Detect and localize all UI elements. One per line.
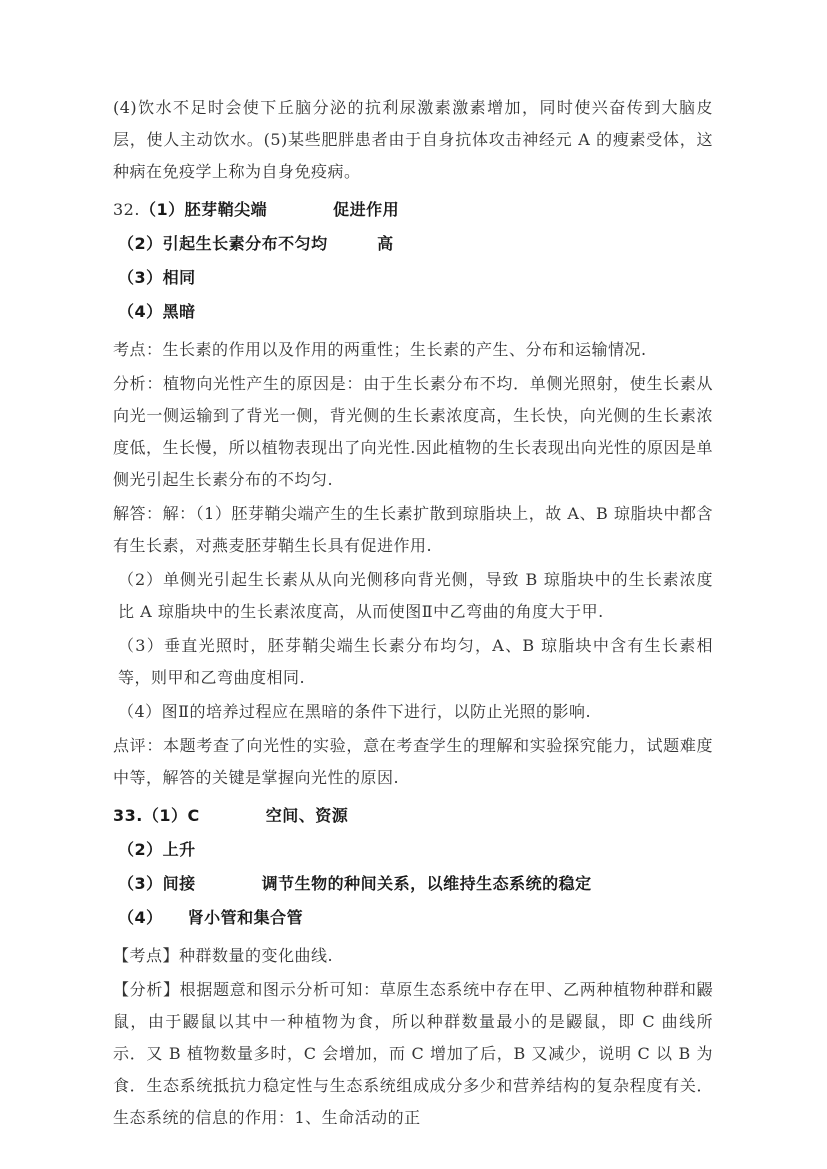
q33-answer-line-1: 33.（1）C 空间、资源 (113, 800, 713, 832)
q31-answer-continuation: (4)饮水不足时会使下丘脑分泌的抗利尿激素激素增加，同时使兴奋传到大脑皮层，使人… (113, 92, 713, 188)
q32-question-number: 32. (113, 200, 140, 219)
q33-exam-point: 【考点】种群数量的变化曲线. (113, 940, 713, 972)
q32-answer-line-4: （4）黑暗 (113, 296, 713, 328)
q32-solution-3: （3）垂直光照时，胚芽鞘尖端生长素分布均匀，A、B 琼脂块中含有生长素相等，则甲… (113, 630, 713, 694)
q32-answer-1-text: （1）胚芽鞘尖端 促进作用 (140, 200, 399, 219)
q32-exam-point: 考点：生长素的作用以及作用的两重性；生长素的产生、分布和运输情况. (113, 334, 713, 366)
q33-answer-line-3: （3）间接 调节生物的种间关系，以维持生态系统的稳定 (113, 868, 713, 900)
q32-review: 点评：本题考查了向光性的实验，意在考查学生的理解和实验探究能力，试题难度中等，解… (113, 730, 713, 794)
q32-answer-line-1: 32.（1）胚芽鞘尖端 促进作用 (113, 194, 713, 226)
q32-analysis: 分析：植物向光性产生的原因是：由于生长素分布不均．单侧光照射，使生长素从向光一侧… (113, 368, 713, 496)
q32-solution-2: （2）单侧光引起生长素从从向光侧移向背光侧，导致 B 琼脂块中的生长素浓度比 A… (113, 564, 713, 628)
q32-answer-line-2: （2）引起生长素分布不匀均 高 (113, 228, 713, 260)
q33-analysis: 【分析】根据题意和图示分析可知：草原生态系统中存在甲、乙两种植物种群和鼹鼠，由于… (113, 974, 713, 1134)
q32-solution-1: 解答：解：（1）胚芽鞘尖端产生的生长素扩散到琼脂块上，故 A、B 琼脂块中都含有… (113, 498, 713, 562)
document-page: (4)饮水不足时会使下丘脑分泌的抗利尿激素激素增加，同时使兴奋传到大脑皮层，使人… (0, 0, 827, 1169)
q33-answer-line-2: （2）上升 (113, 834, 713, 866)
q32-solution-4: （4）图Ⅱ的培养过程应在黑暗的条件下进行，以防止光照的影响. (113, 696, 713, 728)
q32-answer-line-3: （3）相同 (113, 262, 713, 294)
document-content: (4)饮水不足时会使下丘脑分泌的抗利尿激素激素增加，同时使兴奋传到大脑皮层，使人… (113, 92, 713, 1134)
q33-answer-line-4: （4） 肾小管和集合管 (113, 902, 713, 934)
